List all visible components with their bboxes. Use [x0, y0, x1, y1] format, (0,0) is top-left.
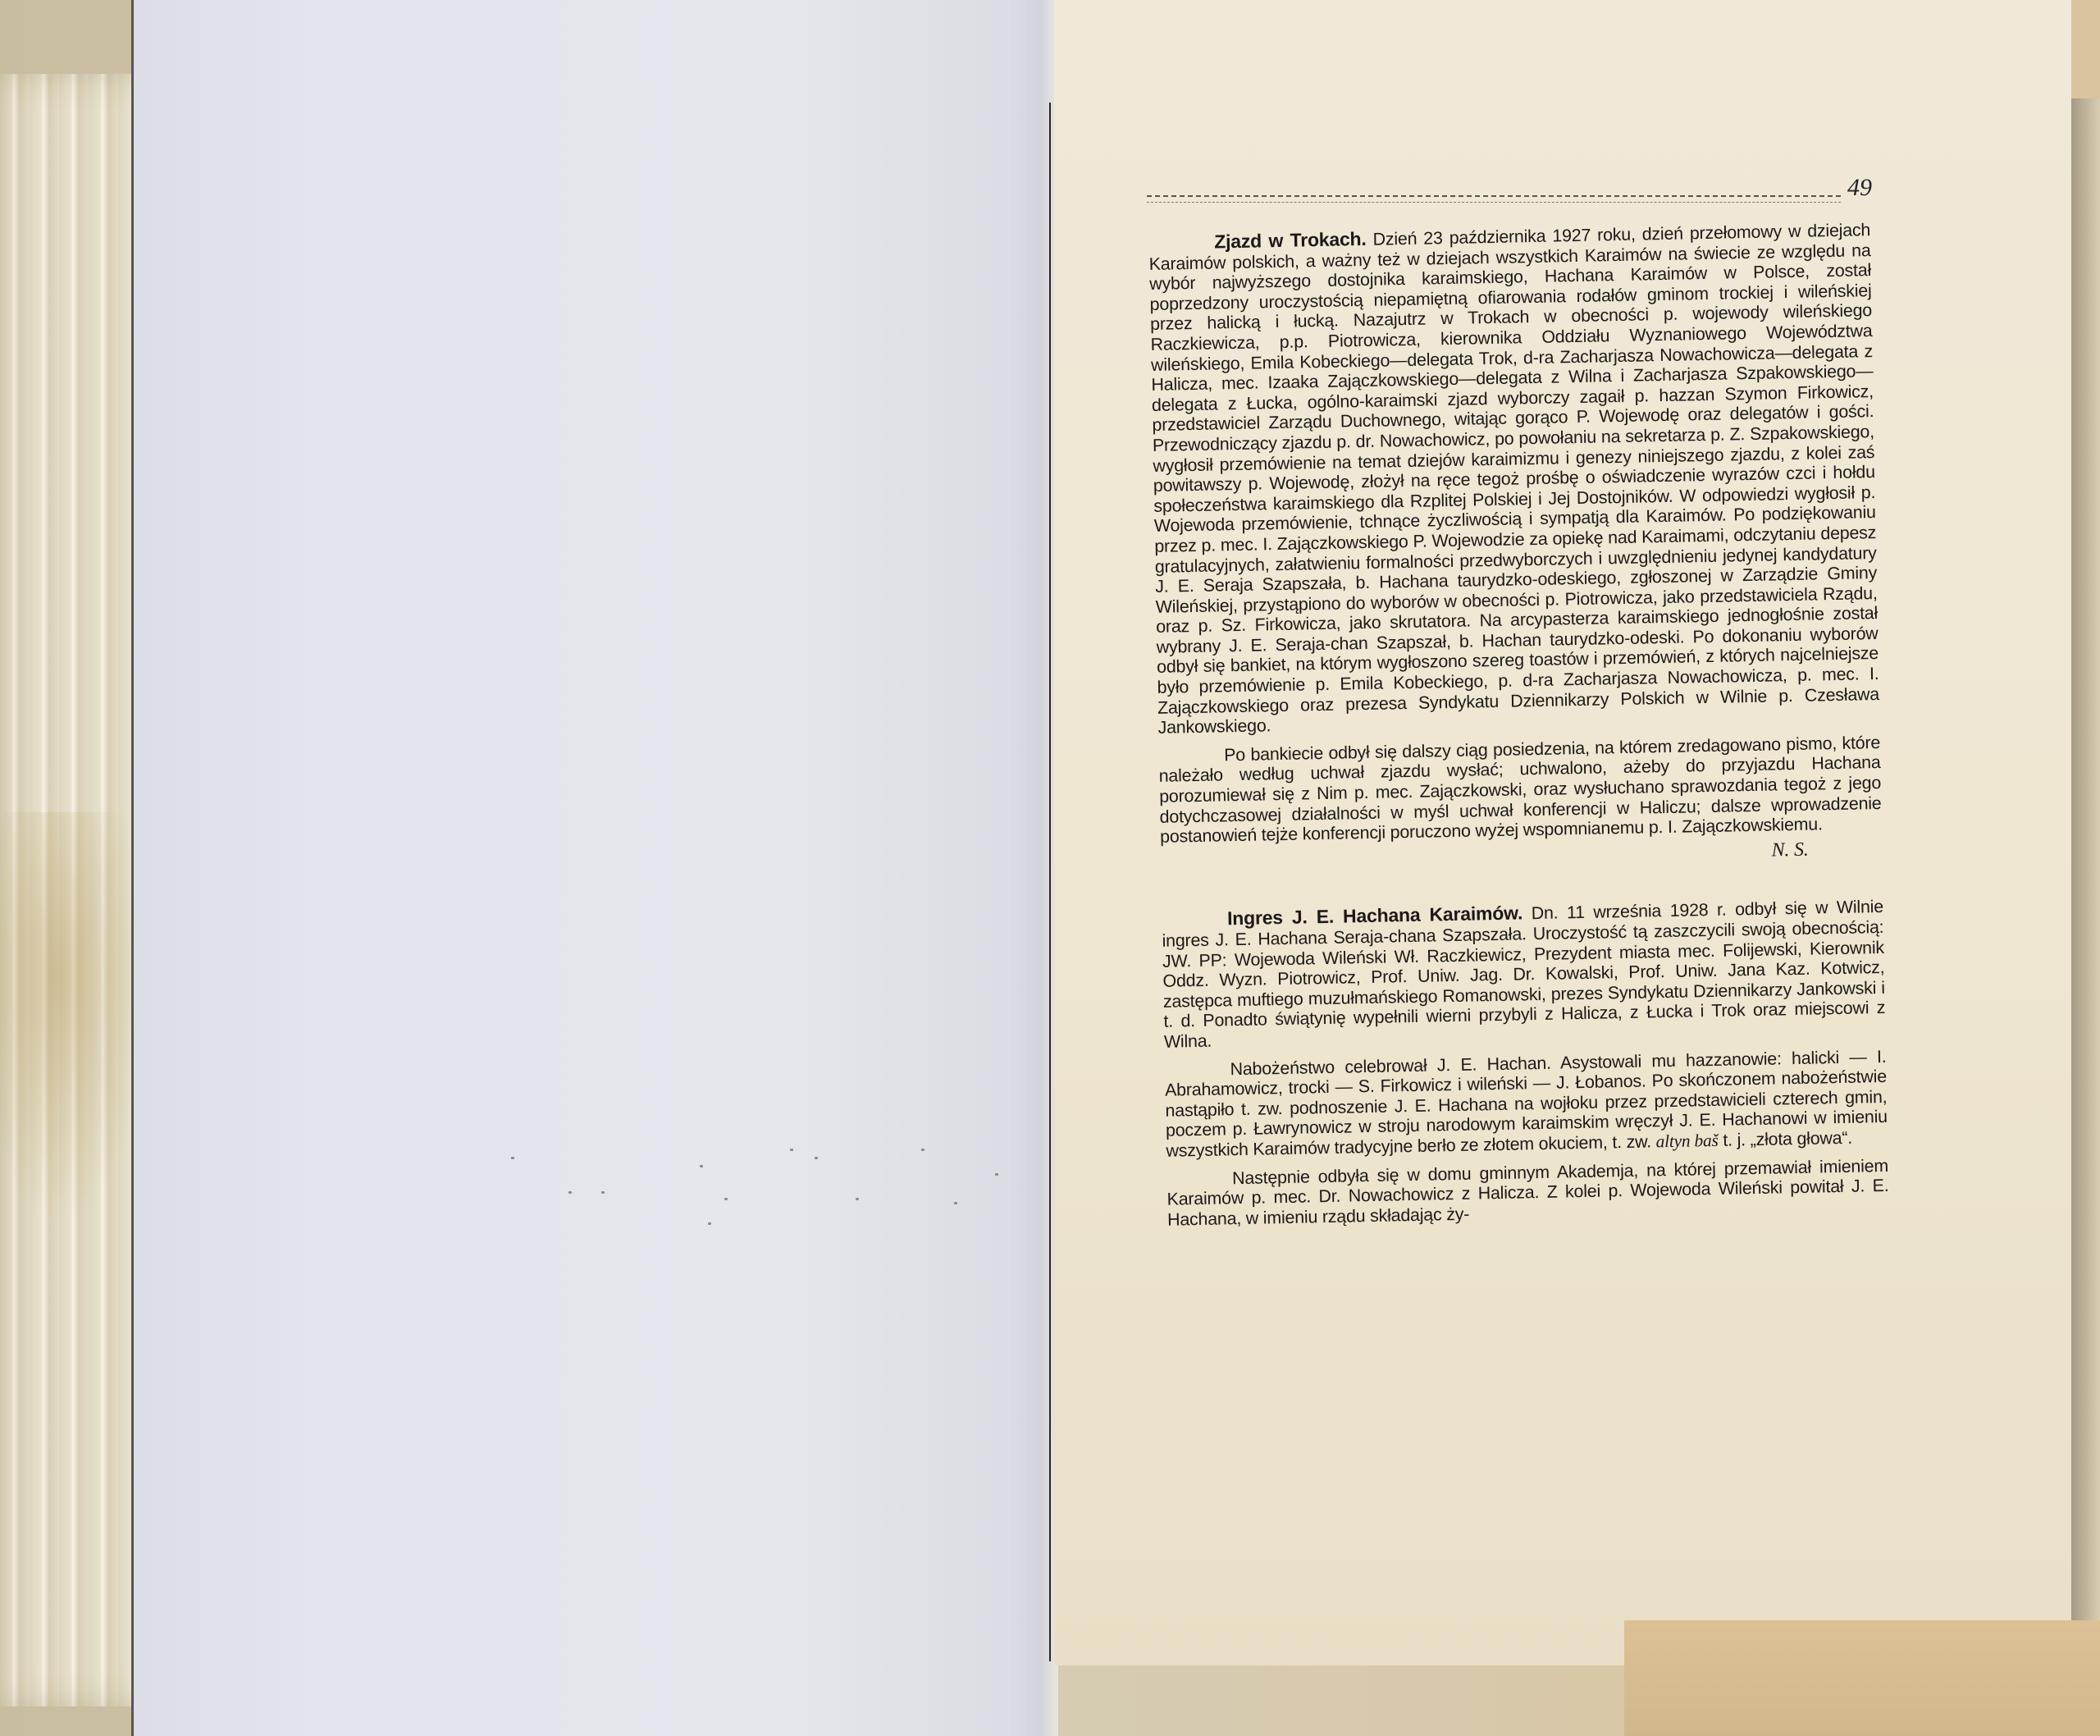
left-page-blank — [131, 0, 1052, 1736]
paragraph-text: t. j. „złota głowa“. — [1718, 1128, 1852, 1150]
bottom-page-flap — [1624, 1620, 2100, 1736]
paragraph: Następnie odbyła się w domu gminnym Akad… — [1166, 1155, 1889, 1230]
paragraph: Nabożeństwo celebrował J. E. Hachan. Asy… — [1164, 1046, 1888, 1161]
paragraph-text: Dzień 23 października 1927 roku, dzień p… — [1148, 220, 1879, 738]
italic-term: altyn baš — [1655, 1131, 1718, 1151]
paragraph-text: Następnie odbyła się w domu gminnym Akad… — [1166, 1155, 1888, 1229]
paragraph: Ingres J. E. Hachana Karaimów. Dn. 11 wr… — [1162, 896, 1886, 1052]
paragraph-text: Po bankiecie odbył się dalszy ciąg posie… — [1158, 733, 1881, 847]
paragraph: Zjazd w Trokach. Dzień 23 października 1… — [1148, 219, 1880, 738]
page-number: 49 — [1847, 174, 1872, 202]
right-page-edges — [2071, 98, 2100, 1736]
print-specks — [511, 1140, 1036, 1239]
gutter-shadow-line — [1049, 103, 1051, 1661]
section-heading: Zjazd w Trokach. — [1214, 228, 1367, 253]
header-rule — [1147, 195, 1841, 203]
page-text: Zjazd w Trokach. Dzień 23 października 1… — [1148, 219, 1889, 1238]
paragraph: Po bankiecie odbył się dalszy ciąg posie… — [1158, 733, 1882, 847]
